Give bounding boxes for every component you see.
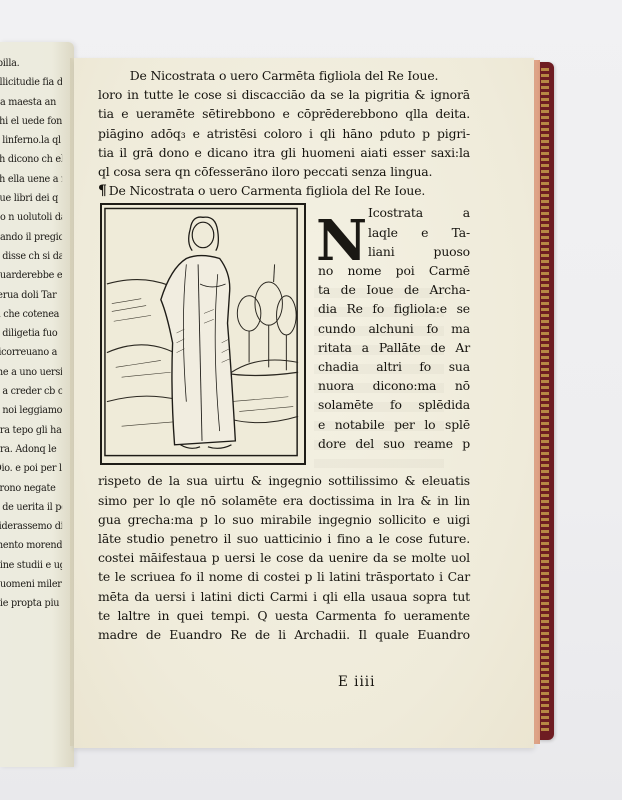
left-page: ibilla. ollicitudie fia di ua maesta an … [0,42,74,767]
signature-mark: E iiii [338,674,375,690]
running-head: De Nicostrata o uero Carmēta figliola de… [98,66,470,85]
text-line: no n uolutoli da [0,208,62,227]
right-page-text: De Nicostrata o uero Carmēta figliola de… [98,66,470,644]
right-page: De Nicostrata o uero Carmēta figliola de… [74,58,534,748]
text-line: guarderebbe el [0,266,62,285]
text-line: nando il pregio [0,228,62,247]
text-line: ch ella uene a ro [0,170,62,189]
text-line: a linferno.la ql [0,131,62,150]
text-line: oue libri dei q [0,189,62,208]
text-line: lāte studio penetro il suo uatticinio i … [98,529,470,548]
text-line: nuora dicono:ma nō [318,376,470,395]
text-line: ferua doli Tar [0,286,62,305]
left-page-text: ibilla. ollicitudie fia di ua maesta an … [0,54,62,614]
text-line: mento morendo [0,536,62,555]
illustration-row: N Icostrata a laqle e Ta- liani puoso no… [98,203,470,471]
woodcut-illustration [100,203,306,465]
text-line: ta de Ioue de Archa- [318,280,470,299]
text-line: simo per lo qle nō solamēte era doctissi… [98,491,470,510]
text-line: ura. Adonq le [0,440,62,459]
text-line: o a creder cb co [0,382,62,401]
text-line: orono negate [0,479,62,498]
text-line: dore del suo reame p [318,434,470,453]
text-line: loro in tutte le cose si discacciāo da s… [98,85,470,104]
text-line: e notabile per lo splē [318,415,470,434]
text-line: a diligetia fuo [0,324,62,343]
text-line: solamēte fo splēdida [318,395,470,414]
text-line: die propta piu d [0,594,62,613]
text-line: ua maesta an [0,93,62,112]
text-line: gua grecha:ma p lo suo mirabile ingegnio… [98,510,470,529]
text-line: huomeni miler [0,575,62,594]
book-photo: ibilla. ollicitudie fia di ua maesta an … [0,0,622,800]
text-line: liani puoso [318,242,470,261]
text-line: dine studii e ugi [0,556,62,575]
side-column-text: Icostrata a laqle e Ta- liani puoso no n… [318,203,470,453]
text-line: ql cosa sera qn cōfesserāno iloro peccat… [98,162,470,181]
text-line: ibilla. [0,54,62,73]
text-line: chi el uede fon [0,112,62,131]
text-line: me a uno uersi [0,363,62,382]
chapter-heading-text: De Nicostrata o uero Carmenta figliola d… [109,183,425,198]
text-line: a de uerita il per [0,498,62,517]
text-line: ritata a Pallāte de Ar [318,338,470,357]
text-line: ch dicono ch el [0,150,62,169]
gilt-tooling [541,68,549,734]
text-line: costei māifestaua p uersi le cose da uen… [98,548,470,567]
text-line: o noi leggiamo [0,401,62,420]
text-line: piāgino adōq₃ e atristēsi coloro i qli h… [98,124,470,143]
text-line: Dio. e poi per la [0,459,62,478]
text-line: siderassemo di [0,517,62,536]
text-line: laqle e Ta- [318,223,470,242]
text-line: dia Re fo figliola:e se [318,299,470,318]
text-line: no nome poi Carmē [318,261,470,280]
text-line: madre de Euandro Re de li Archadii. Il q… [98,625,470,644]
pilcrow-icon: ¶ [98,183,107,199]
text-line: te laltre in quei tempi. Q uesta Carment… [98,606,470,625]
woodcut-figure-icon [102,205,304,463]
text-line: rispeto de la sua uirtu & ingegnio sotti… [98,471,470,490]
text-line: tia il grā dono e dicano itra gli huomen… [98,143,470,162]
chapter-heading: ¶De Nicostrata o uero Carmenta figliola … [98,181,470,201]
text-line: ollicitudie fia di [0,73,62,92]
text-line: ti che cotenea [0,305,62,324]
text-line: mēta da uersi i latini dicti Carmi i qli… [98,587,470,606]
text-line: e disse ch si da [0,247,62,266]
text-line: gra tepo gli ha [0,421,62,440]
text-line: Icostrata a [318,203,470,222]
text-line: ricorreuano a [0,343,62,362]
text-line: te le scriuea fo il nome di costei p li … [98,567,470,586]
text-line: cundo alchuni fo ma [318,319,470,338]
text-line: chadia altri fo sua [318,357,470,376]
text-line: tia e ueramēte sētirebbono e cōprēderebb… [98,104,470,123]
